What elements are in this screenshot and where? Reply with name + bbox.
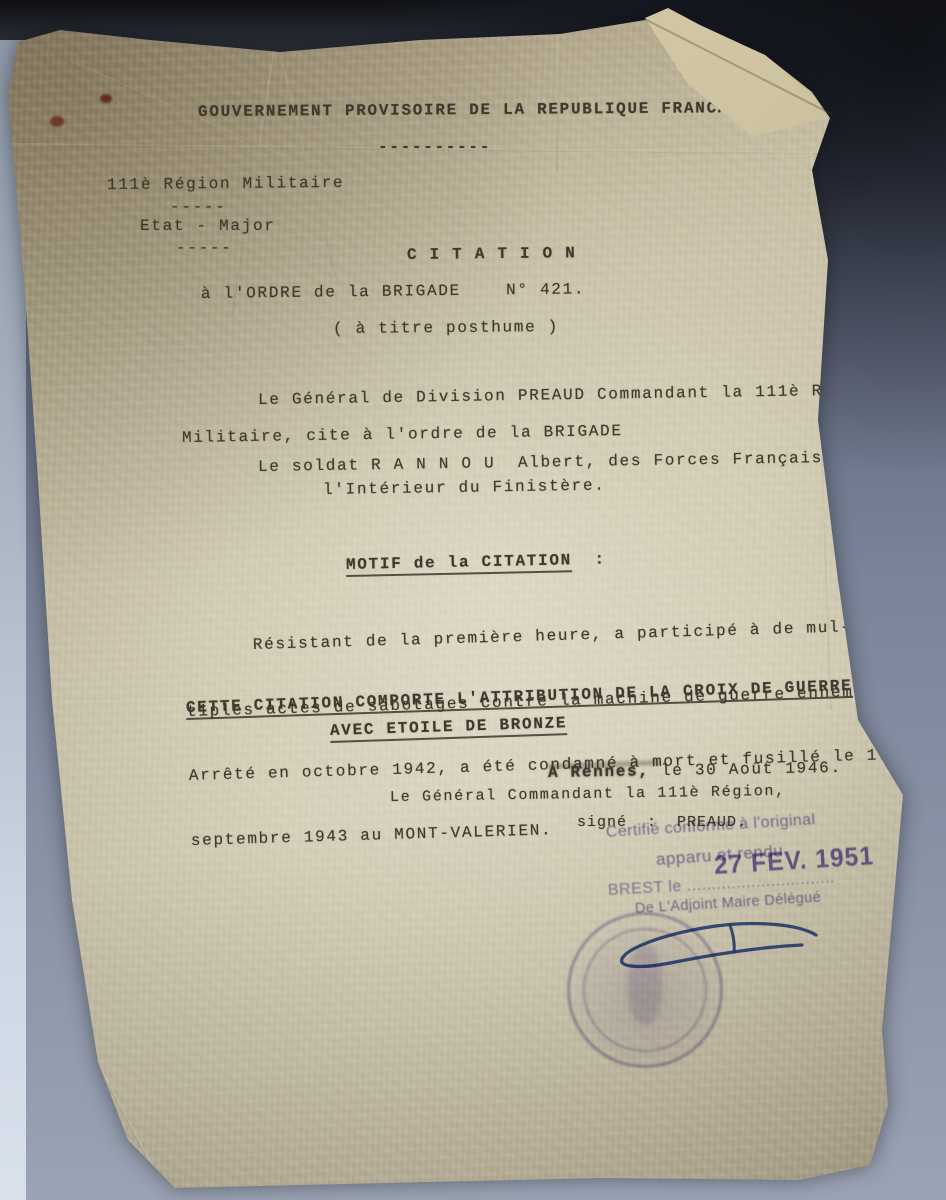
crease-line xyxy=(93,1058,166,1192)
document-paper: GOUVERNEMENT PROVISOIRE DE LA REPUBLIQUE… xyxy=(0,0,946,1200)
body-line-1: Le Général de Division PREAUD Commandant… xyxy=(258,381,880,409)
motif-heading-colon: : xyxy=(572,551,606,570)
header-rule: ---------- xyxy=(378,138,491,156)
body-line-3: Le soldat R A N N O U Albert, des Forces… xyxy=(258,448,880,476)
stain-spot xyxy=(100,94,112,103)
crease-line xyxy=(281,63,336,277)
staff-rule: ----- xyxy=(176,239,233,257)
stain-spot xyxy=(898,908,910,918)
date-text: le 30 Août 1946. xyxy=(650,759,842,780)
document-header: GOUVERNEMENT PROVISOIRE DE LA REPUBLIQUE… xyxy=(198,99,763,121)
body-line-2: Militaire, cite à l'ordre de la BRIGADE xyxy=(182,422,623,447)
posthumous-note: ( à titre posthume ) xyxy=(333,318,559,338)
stain-spot xyxy=(50,116,64,127)
crease-line xyxy=(556,22,558,172)
motif-line: Résistant de la première heure, a partic… xyxy=(185,616,886,658)
photo-of-document: GOUVERNEMENT PROVISOIRE DE LA REPUBLIQUE… xyxy=(0,0,946,1200)
region-line: 111è Région Militaire xyxy=(107,174,344,194)
body-line-4: l'Intérieur du Finistère. xyxy=(323,477,606,499)
motif-heading: MOTIF de la CITATION : xyxy=(346,551,606,574)
paper-sheet: GOUVERNEMENT PROVISOIRE DE LA REPUBLIQUE… xyxy=(0,0,946,1200)
staff-line: Etat - Major xyxy=(140,217,276,235)
citation-title: C I T A T I O N xyxy=(407,244,577,264)
citation-subtitle: à l'ORDRE de la BRIGADE N° 421. xyxy=(201,280,585,303)
signature-ink xyxy=(598,903,838,983)
place-name: A Rennes, xyxy=(548,762,650,782)
motif-heading-text: MOTIF de la CITATION xyxy=(346,551,572,577)
region-rule: ----- xyxy=(170,198,227,216)
